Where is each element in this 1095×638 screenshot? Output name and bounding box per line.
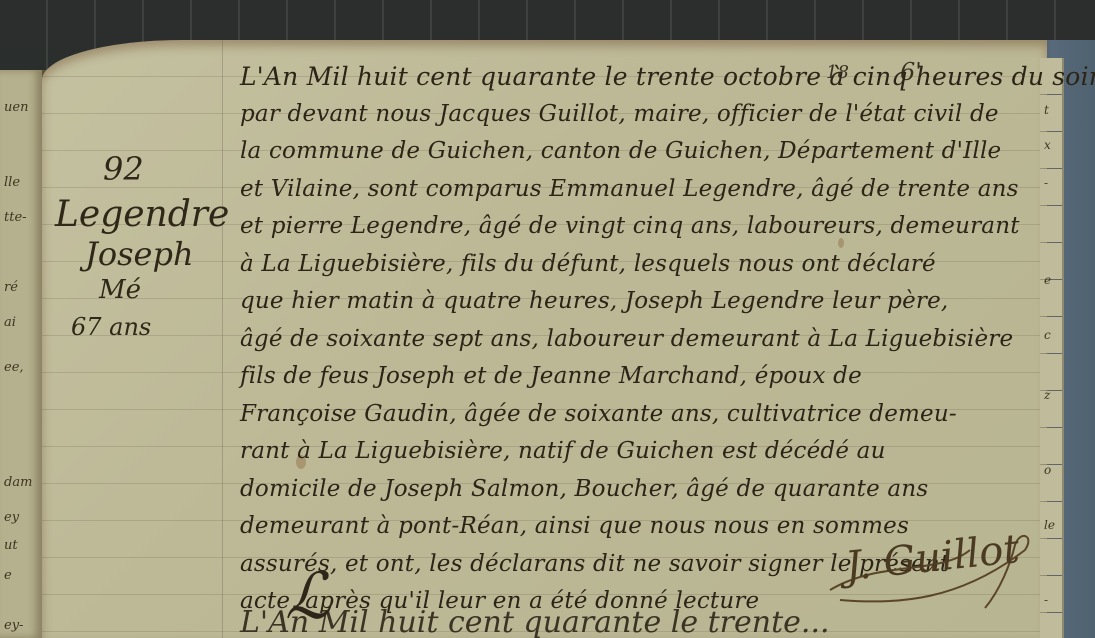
left-fragment: uen bbox=[4, 100, 28, 115]
next-act-start: L'An Mil huit cent quarante le trente... bbox=[240, 605, 830, 638]
left-fragment: ee, bbox=[4, 360, 24, 375]
left-fragment: ai bbox=[4, 315, 16, 330]
act-line: et Vilaine, sont comparus Emmanuel Legen… bbox=[240, 171, 1040, 209]
edge-fragment: t bbox=[1044, 103, 1049, 117]
left-fragment: ey- bbox=[4, 618, 23, 633]
left-fragment: lle bbox=[4, 175, 20, 190]
act-line: domicile de Joseph Salmon, Boucher, âgé … bbox=[240, 471, 1040, 509]
left-page-edge: uen lle tte- ré ai ee, dam ey ut e ey- bbox=[0, 70, 46, 638]
left-fragment: ré bbox=[4, 280, 18, 295]
act-line: et pierre Legendre, âgé de vingt cinq an… bbox=[240, 208, 1040, 246]
deceased-age: 67 ans bbox=[71, 313, 225, 341]
edge-fragment: e bbox=[1044, 273, 1051, 287]
act-line: rant à La Liguebisière, natif de Guichen… bbox=[240, 433, 1040, 471]
left-fragment: ut bbox=[4, 538, 18, 553]
act-line: par devant nous Jacques Guillot, maire, … bbox=[240, 96, 1040, 134]
deceased-surname: Legendre bbox=[55, 194, 225, 235]
act-line: âgé de soixante sept ans, laboureur deme… bbox=[240, 321, 1040, 359]
marital-status: Mé bbox=[99, 275, 225, 305]
left-fragment: ey bbox=[4, 510, 19, 525]
edge-fragment: c bbox=[1044, 328, 1051, 342]
act-line: que hier matin à quatre heures, Joseph L… bbox=[240, 283, 1040, 321]
edge-fragment: x bbox=[1044, 138, 1051, 152]
act-line: la commune de Guichen, canton de Guichen… bbox=[240, 133, 1040, 171]
left-fragment: dam bbox=[4, 475, 32, 490]
edge-fragment: z bbox=[1044, 388, 1050, 402]
deceased-given-name: Joseph bbox=[85, 235, 225, 273]
act-line: à La Liguebisière, fils du défunt, lesqu… bbox=[240, 246, 1040, 284]
edge-fragment: o bbox=[1044, 463, 1051, 477]
act-line: fils de feus Joseph et de Jeanne Marchan… bbox=[240, 358, 1040, 396]
act-line: L'An Mil huit cent quarante le trente oc… bbox=[240, 58, 1040, 96]
left-fragment: e bbox=[4, 568, 12, 583]
left-fragment: tte- bbox=[4, 210, 27, 225]
act-number: 92 bbox=[103, 150, 225, 188]
margin-annotation: 92 Legendre Joseph Mé 67 ans bbox=[55, 150, 225, 341]
edge-fragment: - bbox=[1044, 176, 1048, 190]
act-line: Françoise Gaudin, âgée de soixante ans, … bbox=[240, 396, 1040, 434]
